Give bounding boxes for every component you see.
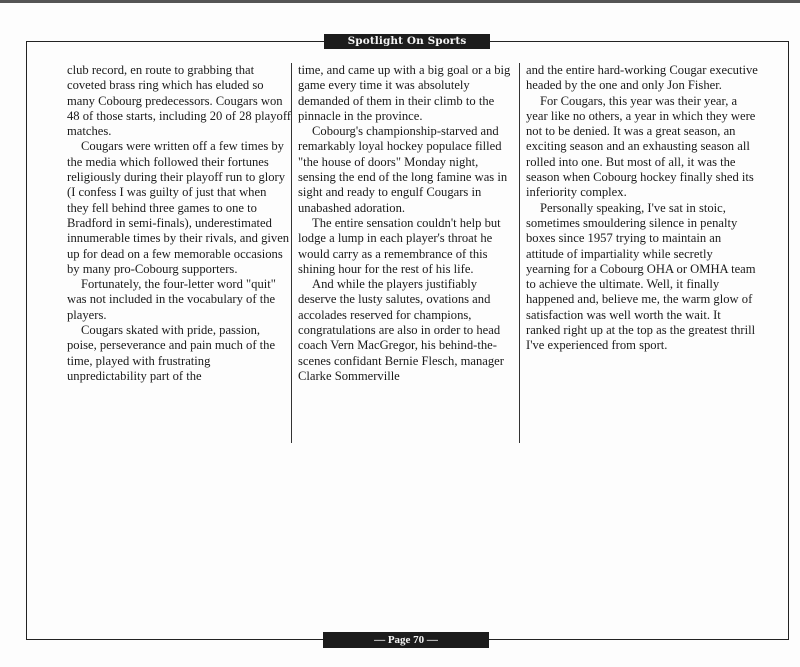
section-header: Spotlight On Sports <box>324 34 490 49</box>
column-divider <box>519 63 520 443</box>
paragraph: And while the players justifiably deserv… <box>298 277 516 384</box>
paragraph: Cobourg's championship-starved and remar… <box>298 124 516 216</box>
page-number: — Page 70 — <box>323 632 489 648</box>
paragraph: Fortunately, the four-letter word "quit"… <box>67 277 291 323</box>
article-column-3: and the entire hard-working Cougar execu… <box>526 63 758 354</box>
paragraph: club record, en route to grabbing that c… <box>67 63 291 139</box>
article-column-1: club record, en route to grabbing that c… <box>67 63 291 384</box>
paragraph: and the entire hard-working Cougar execu… <box>526 63 758 94</box>
paragraph: Personally speaking, I've sat in stoic, … <box>526 201 758 354</box>
article-column-2: time, and came up with a big goal or a b… <box>298 63 516 384</box>
scan-top-edge <box>0 0 800 3</box>
paragraph: time, and came up with a big goal or a b… <box>298 63 516 124</box>
paragraph: Cougars were written off a few times by … <box>67 139 291 277</box>
paragraph: Cougars skated with pride, passion, pois… <box>67 323 291 384</box>
paragraph: The entire sensation couldn't help but l… <box>298 216 516 277</box>
paragraph: For Cougars, this year was their year, a… <box>526 94 758 201</box>
column-divider <box>291 63 292 443</box>
